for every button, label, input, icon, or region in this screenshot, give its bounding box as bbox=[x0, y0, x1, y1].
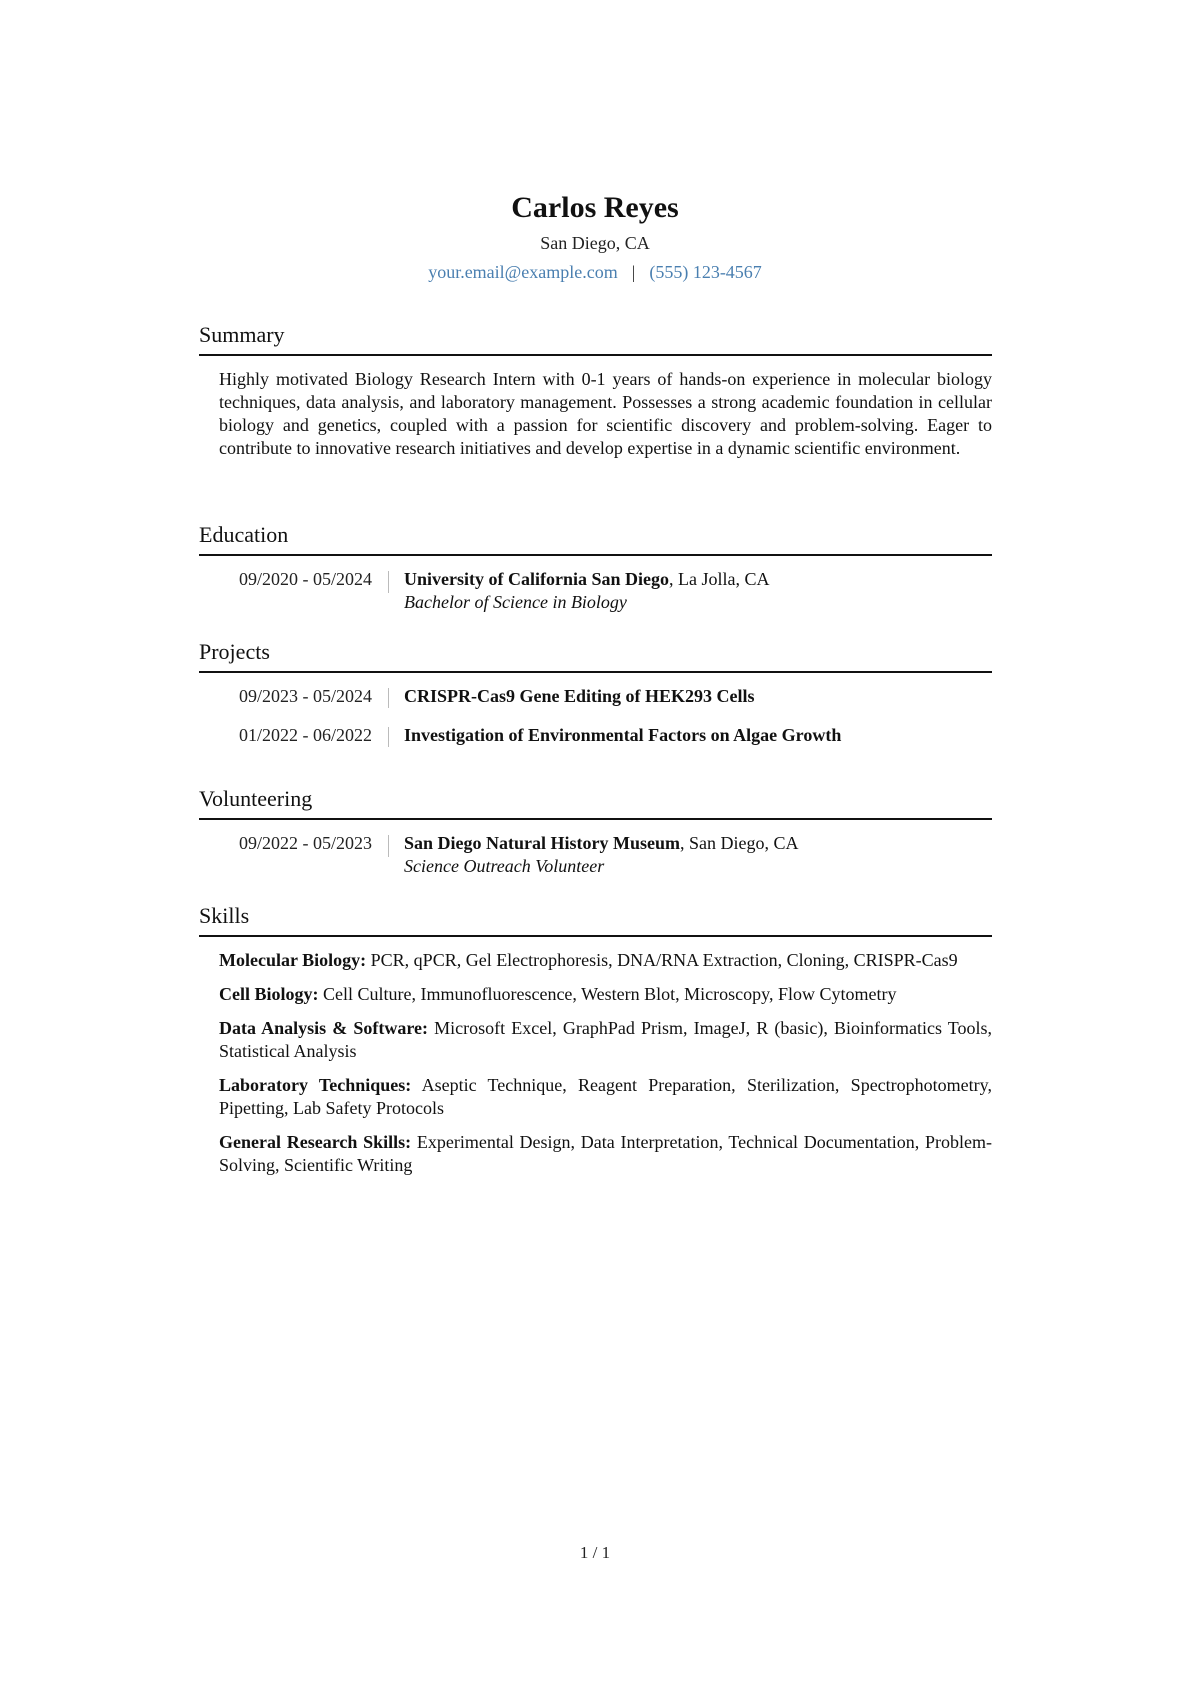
education-section: Education 09/2020 - 05/2024 University o… bbox=[199, 522, 992, 614]
section-divider bbox=[199, 818, 992, 820]
section-title-education: Education bbox=[199, 522, 992, 548]
entry-date: 09/2023 - 05/2024 bbox=[199, 685, 372, 708]
skill-item: Molecular Biology: PCR, qPCR, Gel Electr… bbox=[219, 949, 992, 972]
entry-divider bbox=[388, 835, 389, 857]
skill-item: Data Analysis & Software: Microsoft Exce… bbox=[219, 1017, 992, 1063]
contact-separator: | bbox=[632, 262, 636, 282]
summary-section: Summary Highly motivated Biology Researc… bbox=[199, 322, 992, 460]
skill-value: PCR, qPCR, Gel Electrophoresis, DNA/RNA … bbox=[366, 950, 958, 970]
entry-date: 01/2022 - 06/2022 bbox=[199, 724, 372, 747]
skill-item: Laboratory Techniques: Aseptic Technique… bbox=[219, 1074, 992, 1120]
skill-label: Laboratory Techniques: bbox=[219, 1075, 411, 1095]
section-title-summary: Summary bbox=[199, 322, 992, 348]
summary-text: Highly motivated Biology Research Intern… bbox=[219, 368, 992, 460]
skill-label: Molecular Biology: bbox=[219, 950, 366, 970]
project-title: Investigation of Environmental Factors o… bbox=[404, 725, 841, 745]
education-entry: 09/2020 - 05/2024 University of Californ… bbox=[199, 568, 992, 614]
resume-header: Carlos Reyes San Diego, CA your.email@ex… bbox=[0, 190, 1190, 285]
volunteering-entry: 09/2022 - 05/2023 San Diego Natural Hist… bbox=[199, 832, 992, 878]
page-number: 1 / 1 bbox=[0, 1543, 1190, 1563]
project-title: CRISPR-Cas9 Gene Editing of HEK293 Cells bbox=[404, 686, 755, 706]
skills-section: Skills Molecular Biology: PCR, qPCR, Gel… bbox=[199, 903, 992, 1188]
institution-name: University of California San Diego bbox=[404, 569, 669, 589]
section-divider bbox=[199, 671, 992, 673]
entry-divider bbox=[388, 727, 389, 747]
section-title-volunteering: Volunteering bbox=[199, 786, 992, 812]
entry-divider bbox=[388, 688, 389, 708]
candidate-name: Carlos Reyes bbox=[0, 190, 1190, 226]
candidate-location: San Diego, CA bbox=[0, 230, 1190, 256]
section-divider bbox=[199, 354, 992, 356]
organization-location: , San Diego, CA bbox=[680, 833, 799, 853]
skill-item: General Research Skills: Experimental De… bbox=[219, 1131, 992, 1177]
section-title-skills: Skills bbox=[199, 903, 992, 929]
project-entry: 09/2023 - 05/2024 CRISPR-Cas9 Gene Editi… bbox=[199, 685, 992, 708]
volunteer-role: Science Outreach Volunteer bbox=[404, 855, 992, 878]
skill-label: General Research Skills: bbox=[219, 1132, 411, 1152]
entry-divider bbox=[388, 571, 389, 593]
email-link[interactable]: your.email@example.com bbox=[428, 262, 618, 282]
project-entry: 01/2022 - 06/2022 Investigation of Envir… bbox=[199, 724, 992, 747]
organization-name: San Diego Natural History Museum bbox=[404, 833, 680, 853]
contact-line: your.email@example.com|(555) 123-4567 bbox=[0, 259, 1190, 285]
skill-value: Cell Culture, Immunofluorescence, Wester… bbox=[319, 984, 897, 1004]
entry-date: 09/2020 - 05/2024 bbox=[199, 568, 372, 591]
phone-link[interactable]: (555) 123-4567 bbox=[649, 262, 761, 282]
section-divider bbox=[199, 935, 992, 937]
section-title-projects: Projects bbox=[199, 639, 992, 665]
resume-page: Carlos Reyes San Diego, CA your.email@ex… bbox=[0, 0, 1190, 1683]
degree: Bachelor of Science in Biology bbox=[404, 591, 992, 614]
section-divider bbox=[199, 554, 992, 556]
projects-section: Projects 09/2023 - 05/2024 CRISPR-Cas9 G… bbox=[199, 639, 992, 747]
skill-item: Cell Biology: Cell Culture, Immunofluore… bbox=[219, 983, 992, 1006]
skill-label: Data Analysis & Software: bbox=[219, 1018, 428, 1038]
volunteering-section: Volunteering 09/2022 - 05/2023 San Diego… bbox=[199, 786, 992, 878]
institution-location: , La Jolla, CA bbox=[669, 569, 770, 589]
entry-date: 09/2022 - 05/2023 bbox=[199, 832, 372, 855]
skill-label: Cell Biology: bbox=[219, 984, 319, 1004]
